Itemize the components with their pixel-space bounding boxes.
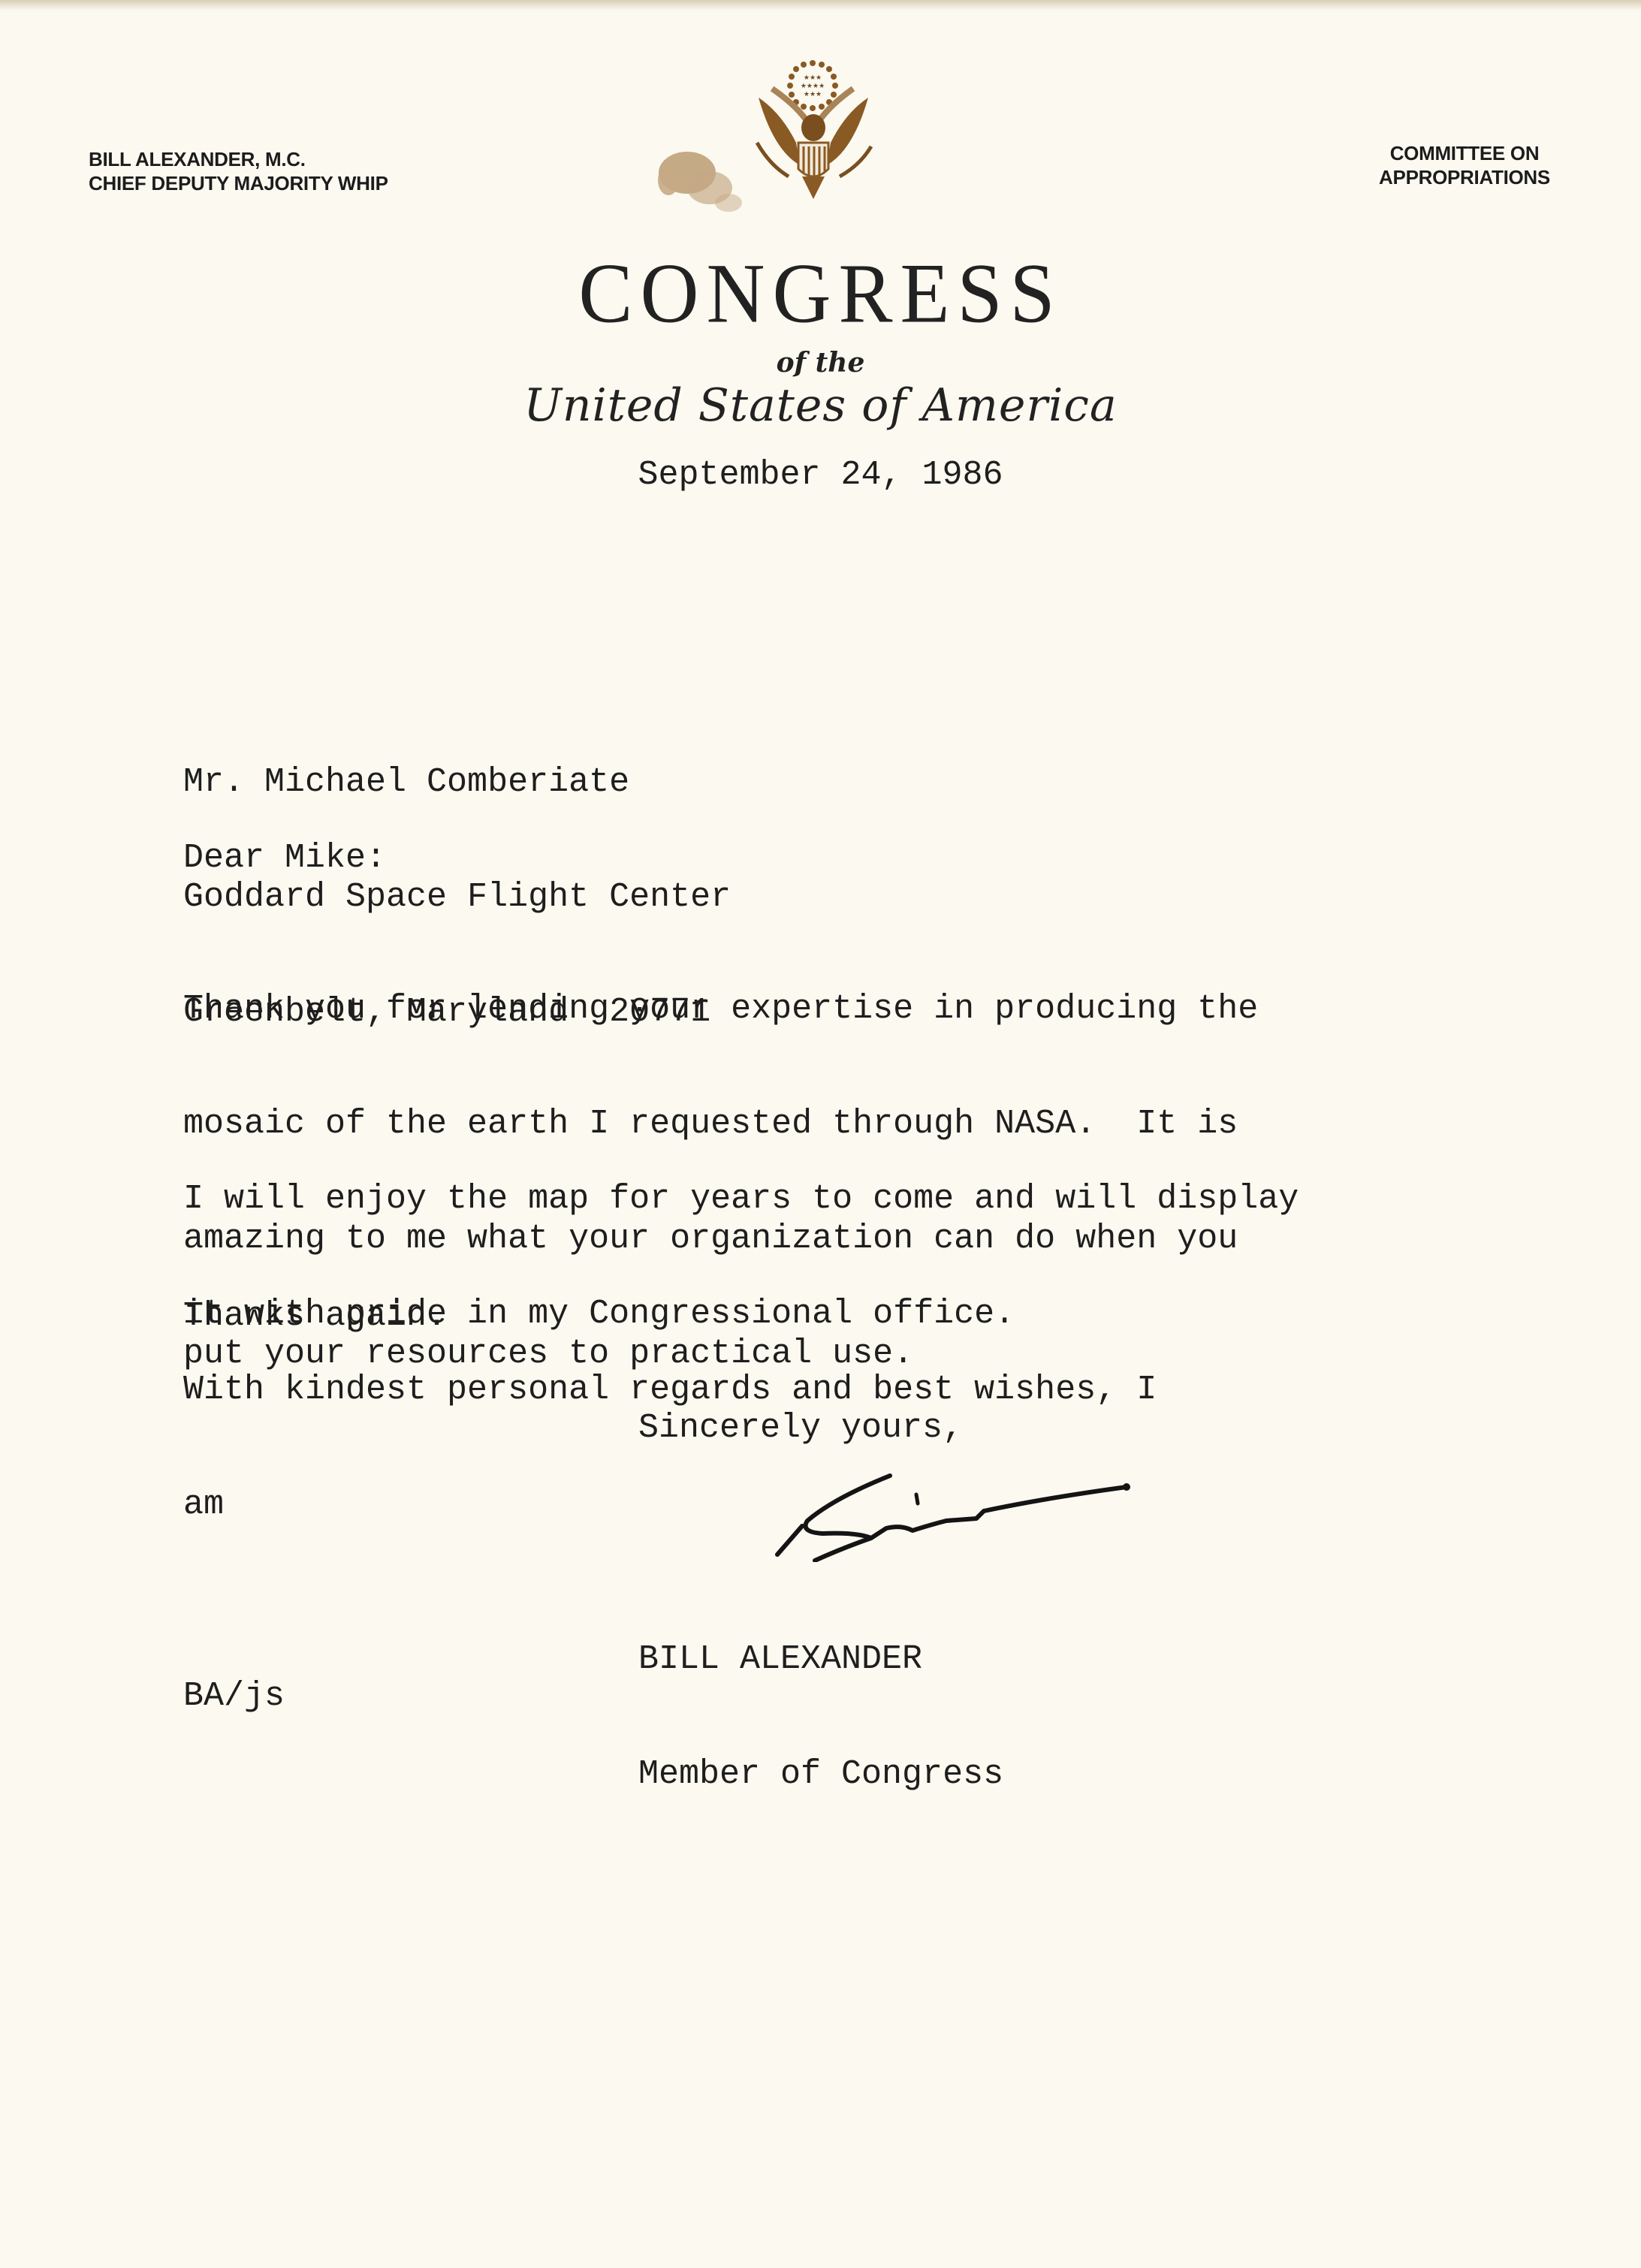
- salutation: Dear Mike:: [183, 839, 386, 877]
- signer-title: Member of Congress: [638, 1755, 1003, 1793]
- great-seal-eagle-icon: ★★★★★★★★★★: [646, 53, 886, 225]
- recipient-name: Mr. Michael Comberiate: [183, 763, 731, 801]
- recipient-organization: Goddard Space Flight Center: [183, 878, 731, 916]
- signer-name: BILL ALEXANDER: [638, 1640, 1003, 1678]
- reference-initials: BA/js: [183, 1677, 285, 1715]
- closing: Sincerely yours,: [638, 1409, 963, 1447]
- svg-text:★★★: ★★★: [804, 91, 822, 98]
- signer-block: BILL ALEXANDER Member of Congress: [638, 1564, 1003, 1832]
- paragraph-line: Thank you for lending your expertise in …: [183, 990, 1258, 1028]
- committee-block: COMMITTEE ON APPROPRIATIONS: [1367, 141, 1562, 189]
- svg-text:★★★★: ★★★★: [801, 83, 825, 90]
- committee-line-2: APPROPRIATIONS: [1367, 165, 1562, 189]
- paragraph-line: I will enjoy the map for years to come a…: [183, 1180, 1299, 1218]
- letterhead-subtitle-large: United States of America: [0, 379, 1641, 432]
- committee-line-1: COMMITTEE ON: [1367, 141, 1562, 165]
- sender-name: BILL ALEXANDER, M.C.: [89, 147, 388, 171]
- handwritten-signature-icon: [759, 1464, 1164, 1562]
- paper-edge-stain: [0, 0, 1641, 11]
- letter-date: September 24, 1986: [0, 456, 1641, 494]
- sender-block: BILL ALEXANDER, M.C. CHIEF DEPUTY MAJORI…: [89, 147, 388, 195]
- paragraph-line: With kindest personal regards and best w…: [183, 1371, 1157, 1409]
- letterhead-subtitle-small: of the: [0, 347, 1641, 379]
- sender-position: CHIEF DEPUTY MAJORITY WHIP: [89, 171, 388, 195]
- svg-text:★★★: ★★★: [804, 74, 822, 82]
- letterhead-title: CONGRESS: [0, 246, 1641, 343]
